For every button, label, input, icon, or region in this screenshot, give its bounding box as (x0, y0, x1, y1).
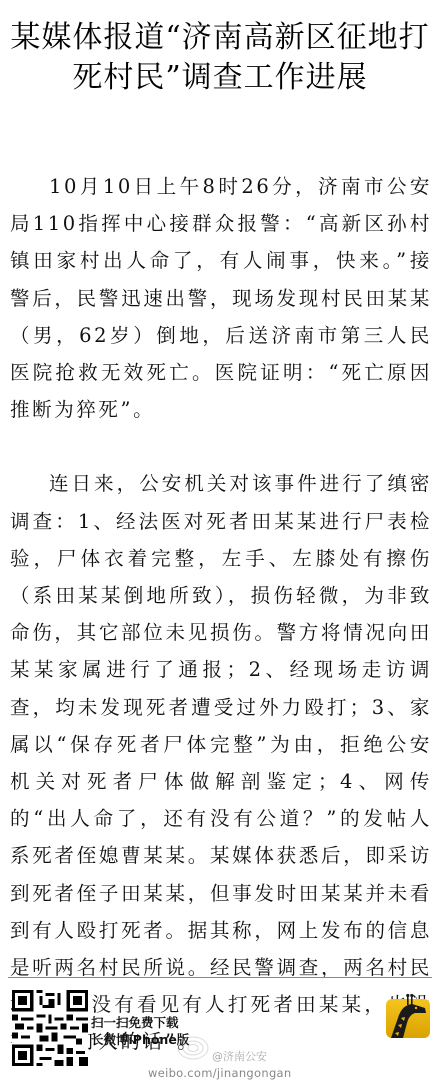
giraffe-app-icon[interactable] (385, 993, 431, 1039)
qr-code-icon[interactable] (12, 990, 88, 1066)
footer-divider (8, 977, 432, 978)
paragraph-1: 10月10日上午8时26分，济南市公安局110指挥中心接群众报警：“高新区孙村镇… (10, 168, 432, 428)
paragraph-2: 连日来，公安机关对该事件进行了缜密调查：1、经法医对死者田某某进行尸表检验，尸体… (10, 465, 432, 1060)
article-body: 10月10日上午8时26分，济南市公安局110指挥中心接群众报警：“高新区孙村镇… (10, 168, 432, 1061)
watermark-handle: @济南公安 (212, 1048, 267, 1064)
article-title: 某媒体报道“济南高新区征地打 死村民”调查工作进展 (0, 18, 440, 98)
promo-line-1: 扫一扫免费下载 (91, 1014, 189, 1031)
weibo-swirl-icon (176, 1032, 210, 1062)
title-line-1: 某媒体报道“济南高新区征地打 (0, 18, 440, 58)
title-line-2: 死村民”调查工作进展 (0, 58, 440, 98)
app-promo-text: 扫一扫免费下载 长微博iPhone版 (91, 1014, 189, 1048)
watermark-url: weibo.com/jinangongan (148, 1066, 291, 1080)
promo-line-2: 长微博iPhone版 (91, 1031, 189, 1048)
